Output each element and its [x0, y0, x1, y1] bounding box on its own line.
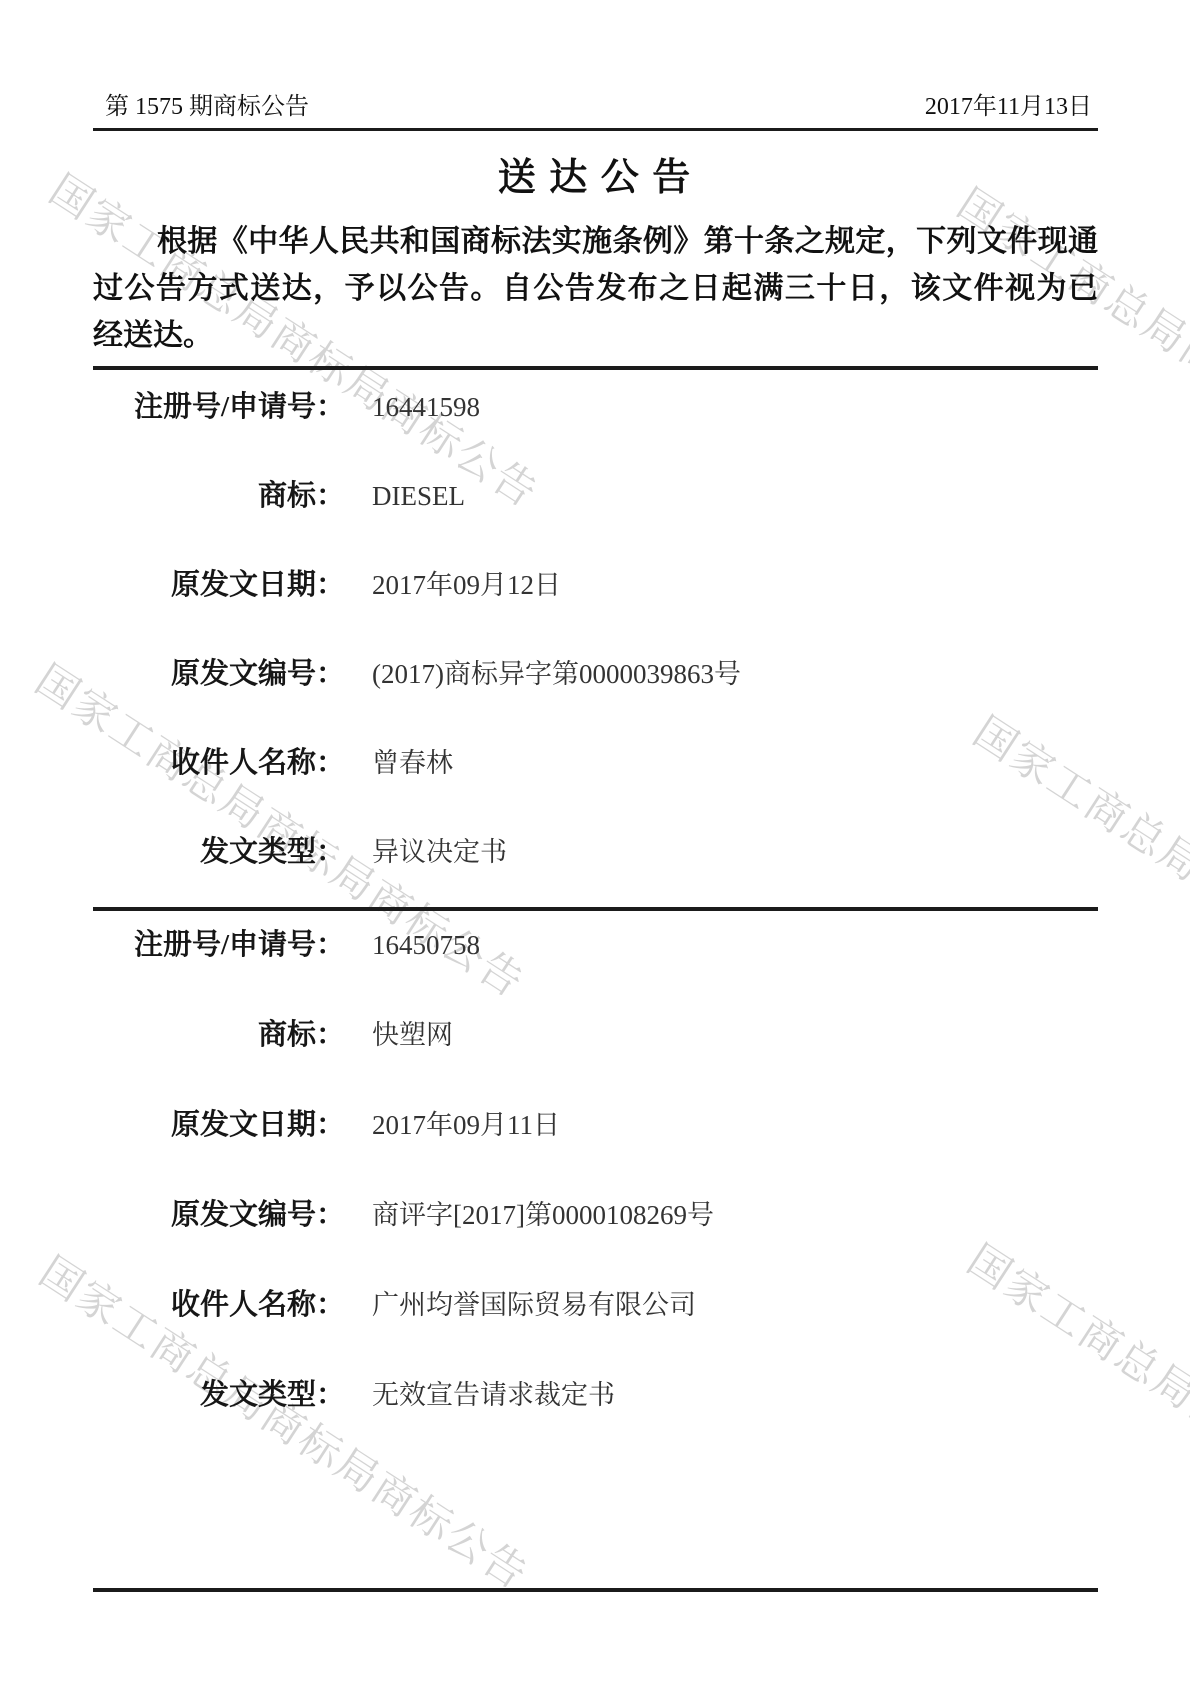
header-rule — [93, 128, 1098, 131]
field-label: 发文类型： — [93, 829, 345, 870]
field-value: 16450758 — [345, 930, 480, 961]
field-value: (2017)商标异字第0000039863号 — [345, 652, 741, 691]
field-label: 原发文日期： — [93, 562, 345, 603]
page-title: 送 达 公 告 — [0, 146, 1190, 201]
field-value: 异议决定书 — [345, 830, 507, 869]
field-value: 2017年09月12日 — [345, 563, 561, 602]
record-field-row: 注册号/申请号： 16441598 — [93, 384, 1098, 421]
record-field-row: 收件人名称： 广州均誉国际贸易有限公司 — [93, 1282, 1098, 1319]
section-divider — [93, 366, 1098, 370]
section-divider — [93, 907, 1098, 911]
bottom-rule — [93, 1588, 1098, 1592]
field-value: 无效宣告请求裁定书 — [345, 1373, 615, 1412]
field-value: 曾春林 — [345, 741, 453, 780]
record-field-row: 注册号/申请号： 16450758 — [93, 922, 1098, 959]
gazette-page: 国家工商总局商标局商标公告 国家工商总局商标局商标公告 国家工商总局商标局商标公… — [0, 0, 1190, 1684]
field-value: 广州均誉国际贸易有限公司 — [345, 1283, 696, 1322]
field-label: 原发文日期： — [93, 1102, 345, 1143]
gazette-date: 2017年11月13日 — [925, 86, 1098, 121]
record-field-row: 原发文日期： 2017年09月11日 — [93, 1102, 1098, 1139]
record-field-row: 收件人名称： 曾春林 — [93, 740, 1098, 777]
field-label: 商标： — [93, 473, 345, 514]
intro-line: 过公告方式送达，予以公告。自公告发布之日起满三十日，该文件视为已 — [93, 265, 1098, 312]
field-label: 原发文编号： — [93, 1192, 345, 1233]
record-section: 注册号/申请号： 16441598 商标： DIESEL 原发文日期： 2017… — [93, 384, 1098, 918]
gazette-issue-number: 第 1575 期商标公告 — [93, 86, 309, 121]
record-section: 注册号/申请号： 16450758 商标： 快塑网 原发文日期： 2017年09… — [93, 922, 1098, 1462]
record-field-row: 发文类型： 无效宣告请求裁定书 — [93, 1372, 1098, 1409]
record-field-row: 原发文日期： 2017年09月12日 — [93, 562, 1098, 599]
intro-line: 经送达。 — [93, 312, 1098, 359]
record-field-row: 原发文编号： 商评字[2017]第0000108269号 — [93, 1192, 1098, 1229]
intro-paragraph: 根据《中华人民共和国商标法实施条例》第十条之规定，下列文件现通 过公告方式送达，… — [93, 218, 1098, 359]
record-field-row: 商标： DIESEL — [93, 473, 1098, 510]
record-field-row: 原发文编号： (2017)商标异字第0000039863号 — [93, 651, 1098, 688]
field-label: 发文类型： — [93, 1372, 345, 1413]
intro-line: 根据《中华人民共和国商标法实施条例》第十条之规定，下列文件现通 — [93, 218, 1098, 265]
field-label: 注册号/申请号： — [93, 922, 345, 963]
field-value: 16441598 — [345, 392, 480, 423]
field-label: 原发文编号： — [93, 651, 345, 692]
field-value: 快塑网 — [345, 1013, 453, 1052]
field-value: 2017年09月11日 — [345, 1103, 560, 1142]
field-label: 商标： — [93, 1012, 345, 1053]
page-header: 第 1575 期商标公告 2017年11月13日 — [93, 86, 1098, 121]
field-value: 商评字[2017]第0000108269号 — [345, 1193, 714, 1232]
field-label: 收件人名称： — [93, 1282, 345, 1323]
record-field-row: 商标： 快塑网 — [93, 1012, 1098, 1049]
field-value: DIESEL — [345, 481, 465, 512]
field-label: 注册号/申请号： — [93, 384, 345, 425]
field-label: 收件人名称： — [93, 740, 345, 781]
record-field-row: 发文类型： 异议决定书 — [93, 829, 1098, 866]
